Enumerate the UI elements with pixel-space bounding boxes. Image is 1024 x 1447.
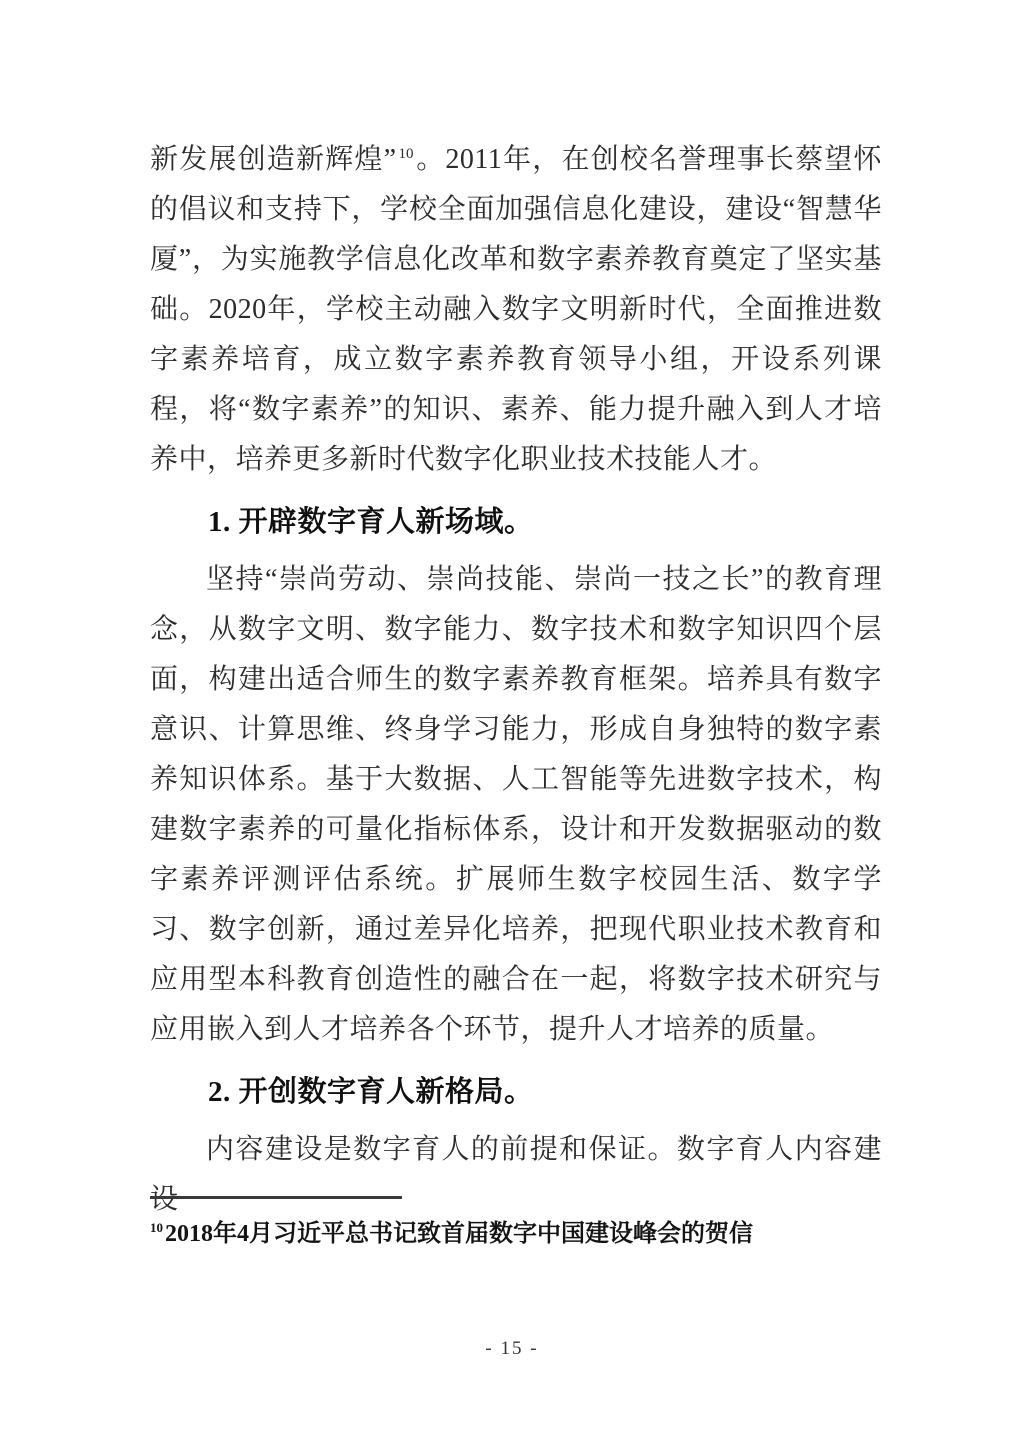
footnote-reference-superscript: 10: [397, 146, 416, 162]
section-1-heading: 1. 开辟数字育人新场域。: [150, 497, 882, 547]
footnote-separator-line: [150, 1196, 402, 1199]
section-1-paragraph: 坚持“崇尚劳动、崇尚技能、崇尚一技之长”的教育理念，从数字文明、数字能力、数字技…: [150, 555, 882, 1055]
paragraph-continuation-text-before: 新发展创造新辉煌”: [150, 144, 397, 175]
page-number: - 15 -: [0, 1338, 1024, 1360]
paragraph-continuation-text-after: 。2011年，在创校名誉理事长蔡望怀的倡议和支持下，学校全面加强信息化建设，建设…: [150, 144, 882, 475]
footnote-area: 102018年4月习近平总书记致首届数字中国建设峰会的贺信: [150, 1196, 882, 1249]
page-body: 新发展创造新辉煌”10。2011年，在创校名誉理事长蔡望怀的倡议和支持下，学校全…: [150, 135, 882, 1225]
document-page: 新发展创造新辉煌”10。2011年，在创校名誉理事长蔡望怀的倡议和支持下，学校全…: [0, 0, 1024, 1447]
footnote-text: 2018年4月习近平总书记致首届数字中国建设峰会的贺信: [165, 1221, 753, 1247]
paragraph-continuation: 新发展创造新辉煌”10。2011年，在创校名誉理事长蔡望怀的倡议和支持下，学校全…: [150, 135, 882, 485]
section-2-heading: 2. 开创数字育人新格局。: [150, 1067, 882, 1117]
footnote: 102018年4月习近平总书记致首届数字中国建设峰会的贺信: [150, 1219, 882, 1249]
footnote-marker: 10: [150, 1220, 163, 1235]
